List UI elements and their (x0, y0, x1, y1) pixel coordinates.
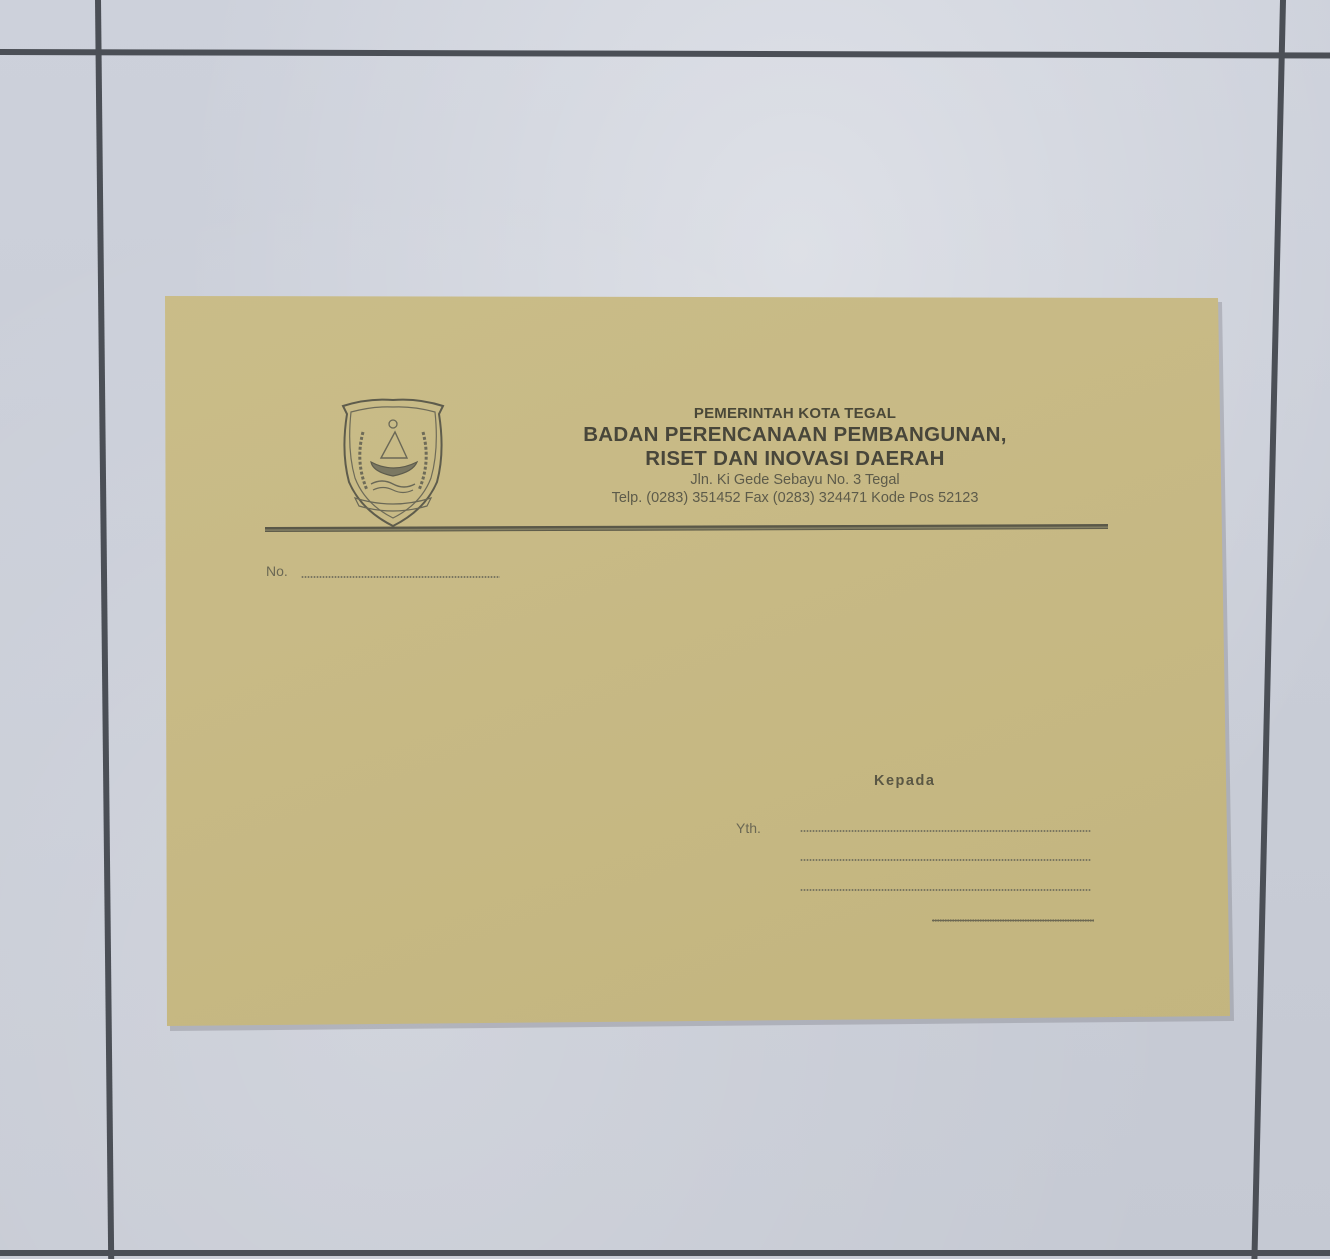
recipient-heading: Kepada (874, 773, 935, 789)
number-label: No. (266, 563, 288, 579)
recipient-address-line-4 (932, 919, 1094, 922)
recipient-address-line-2 (800, 859, 1091, 861)
agency-address: Jln. Ki Gede Sebayu No. 3 Tegal (520, 471, 1070, 489)
recipient-address-line-1 (800, 830, 1091, 832)
tegal-city-coat-of-arms-icon (333, 392, 453, 530)
recipient-address-line-3 (800, 889, 1091, 891)
tile-grout-line (0, 1250, 1330, 1256)
agency-name-line-2: RISET DAN INOVASI DAERAH (520, 447, 1070, 471)
letterhead: PEMERINTAH KOTA TEGAL BADAN PERENCANAAN … (520, 405, 1070, 507)
government-name: PEMERINTAH KOTA TEGAL (520, 405, 1070, 423)
number-field-line (301, 576, 500, 578)
recipient-salutation: Yth. (736, 820, 761, 836)
agency-contact: Telp. (0283) 351452 Fax (0283) 324471 Ko… (520, 489, 1070, 507)
agency-name-line-1: BADAN PERENCANAAN PEMBANGUNAN, (520, 423, 1070, 447)
